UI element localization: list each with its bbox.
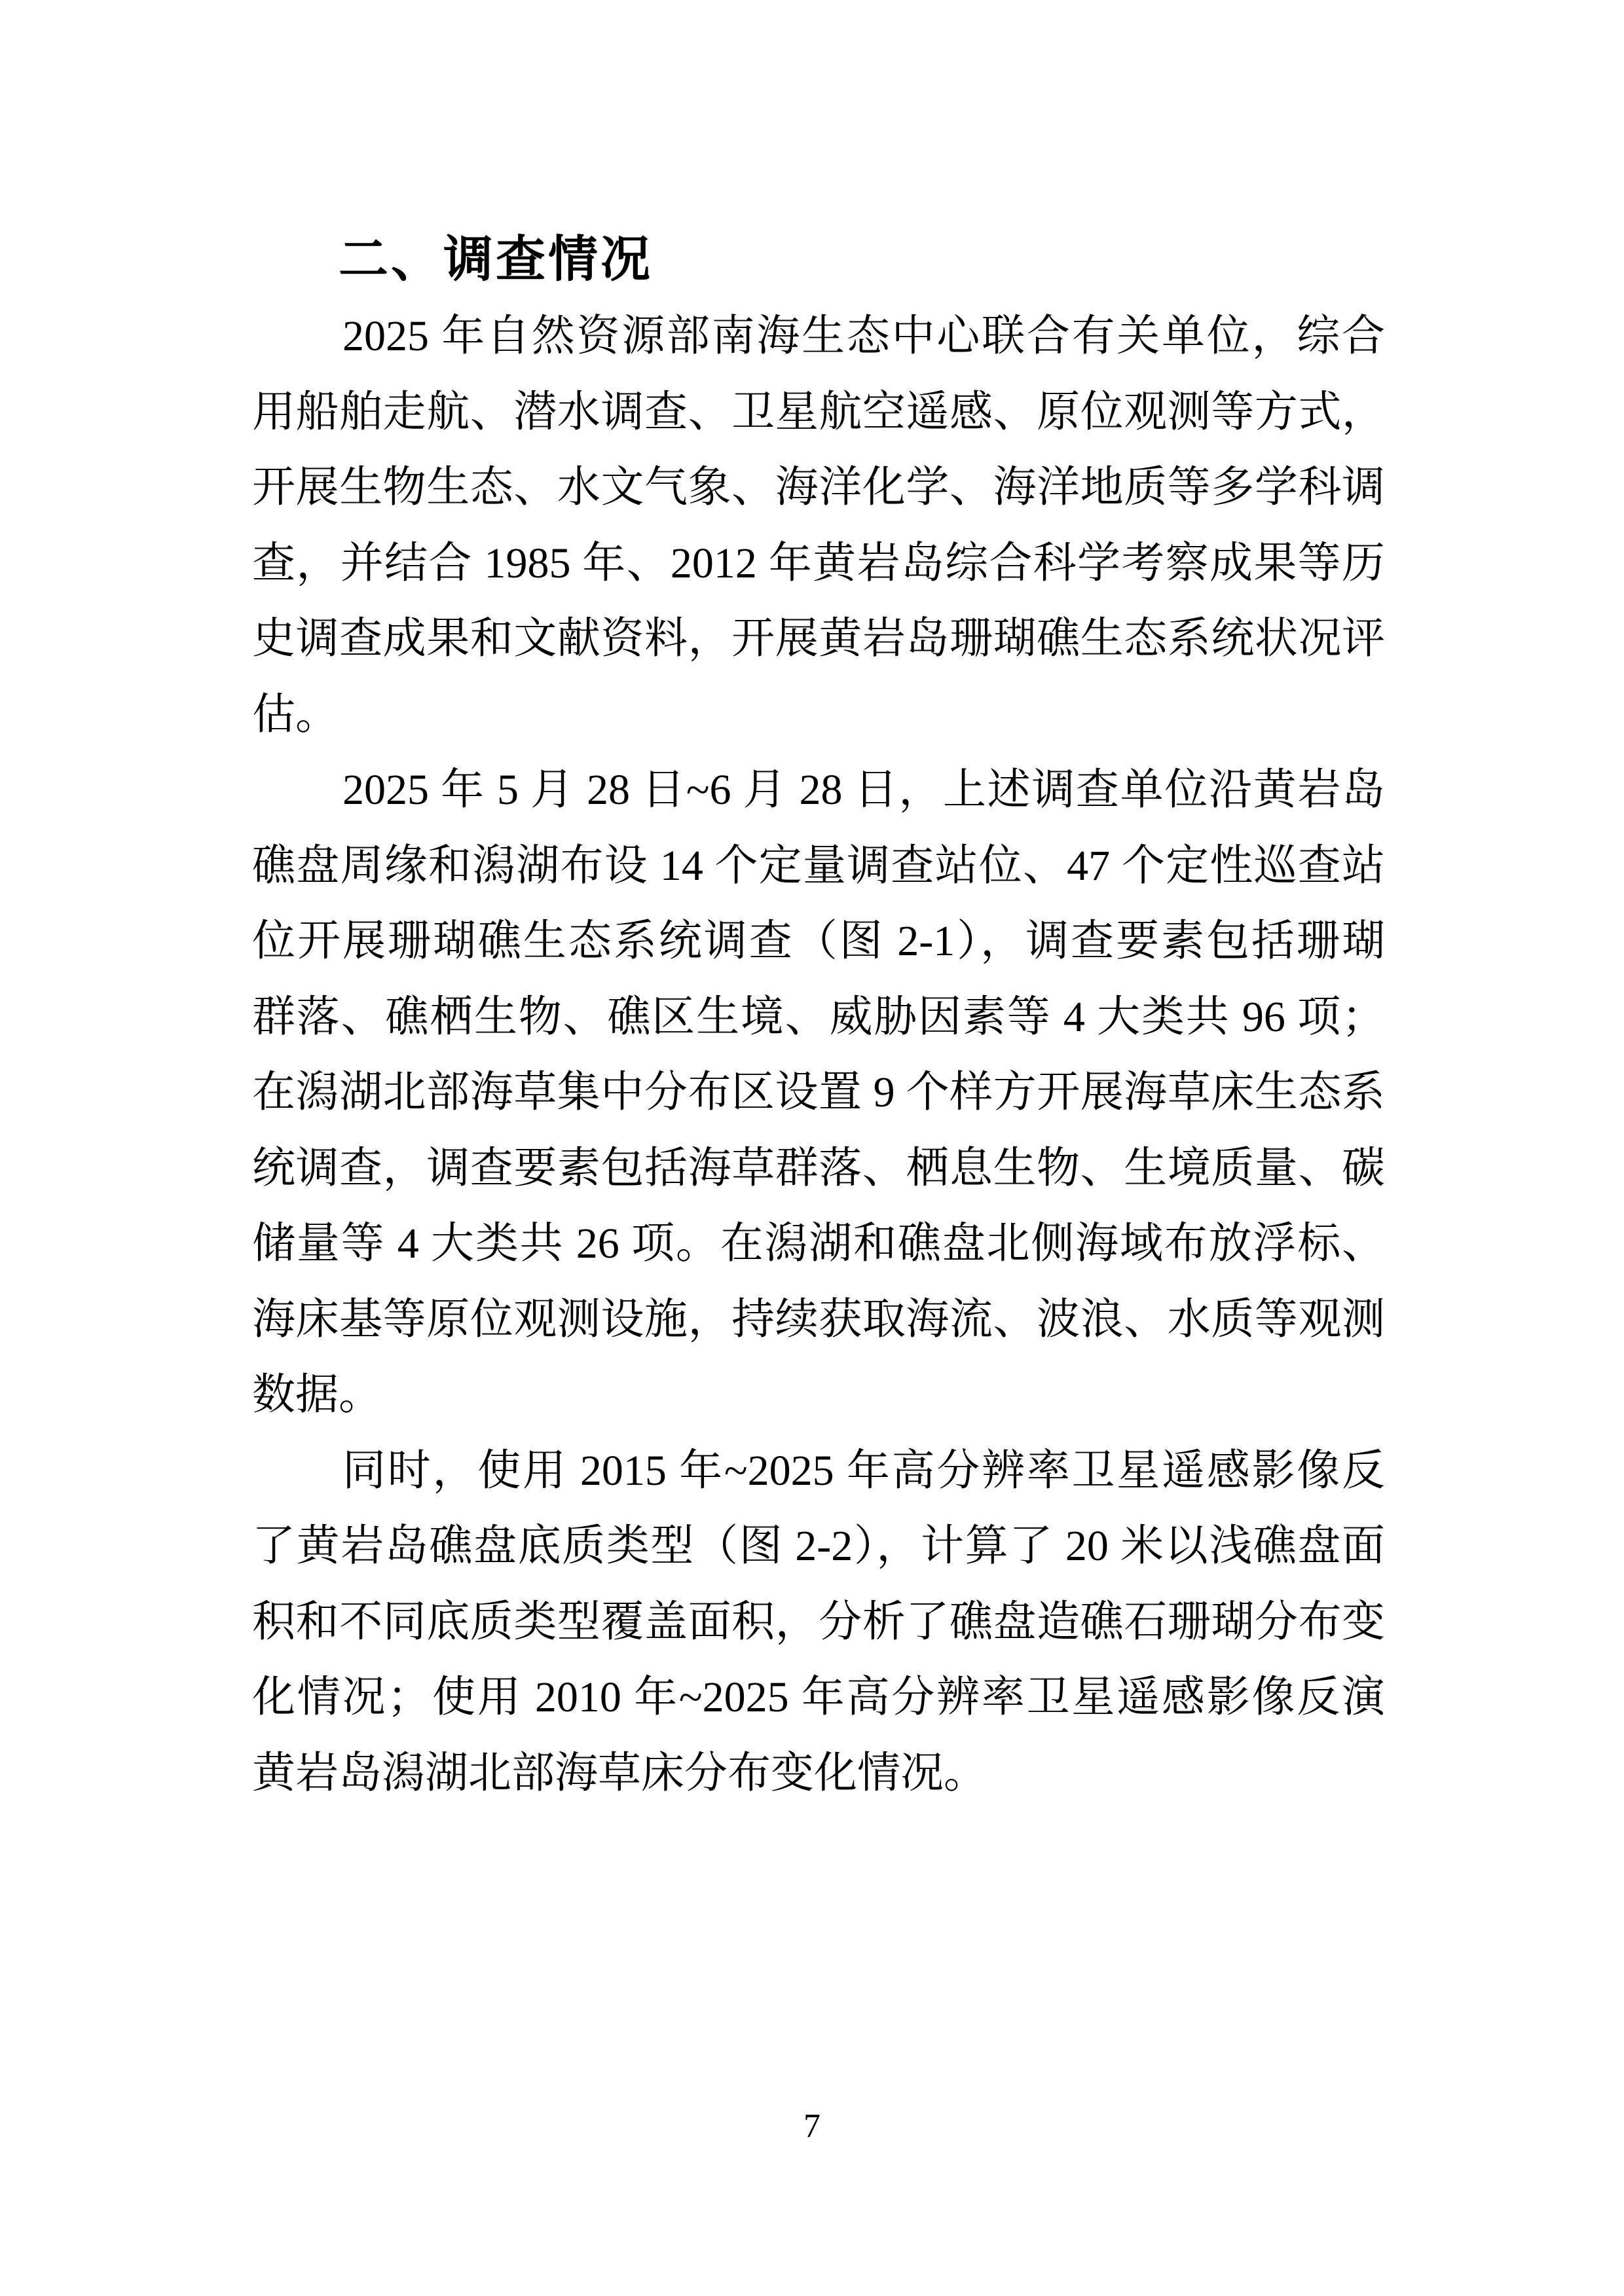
text-line: 估。 (252, 677, 1385, 753)
text-line: 2025 年自然资源部南海生态中心联合有关单位，综合利 (252, 299, 1385, 374)
paragraph: 同时，使用 2015 年~2025 年高分辨率卫星遥感影像反演 了黄岩岛礁盘底质… (252, 1433, 1385, 1812)
text-line: 位开展珊瑚礁生态系统调查（图 2-1），调查要素包括珊瑚 (252, 903, 1385, 979)
text-line: 礁盘周缘和潟湖布设 14 个定量调查站位、47 个定性巡查站 (252, 828, 1385, 904)
text-line: 了黄岩岛礁盘底质类型（图 2-2），计算了 20 米以浅礁盘面 (252, 1508, 1385, 1584)
text-line: 群落、礁栖生物、礁区生境、威胁因素等 4 大类共 96 项； (252, 979, 1385, 1055)
paragraph: 2025 年 5 月 28 日~6 月 28 日，上述调查单位沿黄岩岛 礁盘周缘… (252, 752, 1385, 1433)
document-page: 二、调查情况 2025 年自然资源部南海生态中心联合有关单位，综合利 用船舶走航… (0, 0, 1624, 2296)
text-line: 积和不同底质类型覆盖面积，分析了礁盘造礁石珊瑚分布变 (252, 1584, 1385, 1660)
text-line: 在潟湖北部海草集中分布区设置 9 个样方开展海草床生态系 (252, 1055, 1385, 1131)
text-line: 同时，使用 2015 年~2025 年高分辨率卫星遥感影像反演 (252, 1433, 1385, 1509)
page-number: 7 (0, 2107, 1624, 2146)
text-line: 储量等 4 大类共 26 项。在潟湖和礁盘北侧海域布放浮标、 (252, 1206, 1385, 1282)
text-line: 用船舶走航、潜水调查、卫星航空遥感、原位观测等方式， (252, 374, 1385, 450)
section-heading: 二、调查情况 (252, 221, 1385, 299)
paragraph: 2025 年自然资源部南海生态中心联合有关单位，综合利 用船舶走航、潜水调查、卫… (252, 299, 1385, 752)
text-line: 史调查成果和文献资料，开展黄岩岛珊瑚礁生态系统状况评 (252, 601, 1385, 677)
text-line: 数据。 (252, 1357, 1385, 1433)
text-line: 黄岩岛潟湖北部海草床分布变化情况。 (252, 1736, 1385, 1812)
text-line: 开展生物生态、水文气象、海洋化学、海洋地质等多学科调 (252, 450, 1385, 526)
text-line: 查，并结合 1985 年、2012 年黄岩岛综合科学考察成果等历 (252, 526, 1385, 602)
text-line: 统调查，调查要素包括海草群落、栖息生物、生境质量、碳 (252, 1131, 1385, 1207)
text-line: 化情况；使用 2010 年~2025 年高分辨率卫星遥感影像反演了 (252, 1660, 1385, 1736)
text-line: 2025 年 5 月 28 日~6 月 28 日，上述调查单位沿黄岩岛 (252, 752, 1385, 828)
document-content: 二、调查情况 2025 年自然资源部南海生态中心联合有关单位，综合利 用船舶走航… (252, 221, 1385, 1811)
text-line: 海床基等原位观测设施，持续获取海流、波浪、水质等观测 (252, 1282, 1385, 1358)
